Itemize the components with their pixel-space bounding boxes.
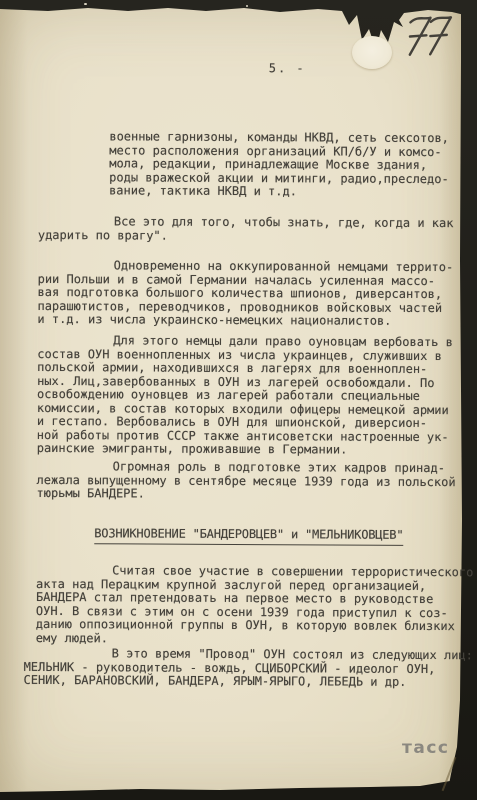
section-heading: ВОЗНИКНОВЕНИЕ "БАНДЕРОВЦЕВ" и "МЕЛЬНИКОВ… xyxy=(94,527,403,545)
paragraph-list-of-targets: военные гарнизоны, команды НКВД, сеть се… xyxy=(109,130,449,199)
page-number: 5. - xyxy=(269,62,306,76)
scanned-document-photo: 5. - военные гарнизоны, команды НКВД, се… xyxy=(0,0,477,800)
paragraph-bandera-opposition: Считая свое участие в совершении террори… xyxy=(36,564,474,647)
paragraph-bandera-role: Огромная роль в подготовке этих кадров п… xyxy=(36,460,455,503)
tass-watermark: тасс xyxy=(402,740,449,757)
paragraph-oun-recruitment: Для этого немцы дали право оуновцам верб… xyxy=(37,334,453,458)
paragraph-quote-end: Все это для того, чтобы знать, где, когд… xyxy=(38,215,454,244)
paragraph-provod-members: В это время "Провод" ОУН состоял из след… xyxy=(23,647,472,690)
paragraph-training-in-poland-germany: Одновременно на оккупированной немцами т… xyxy=(37,259,453,329)
typewritten-text-layer: 5. - военные гарнизоны, команды НКВД, се… xyxy=(0,0,477,800)
